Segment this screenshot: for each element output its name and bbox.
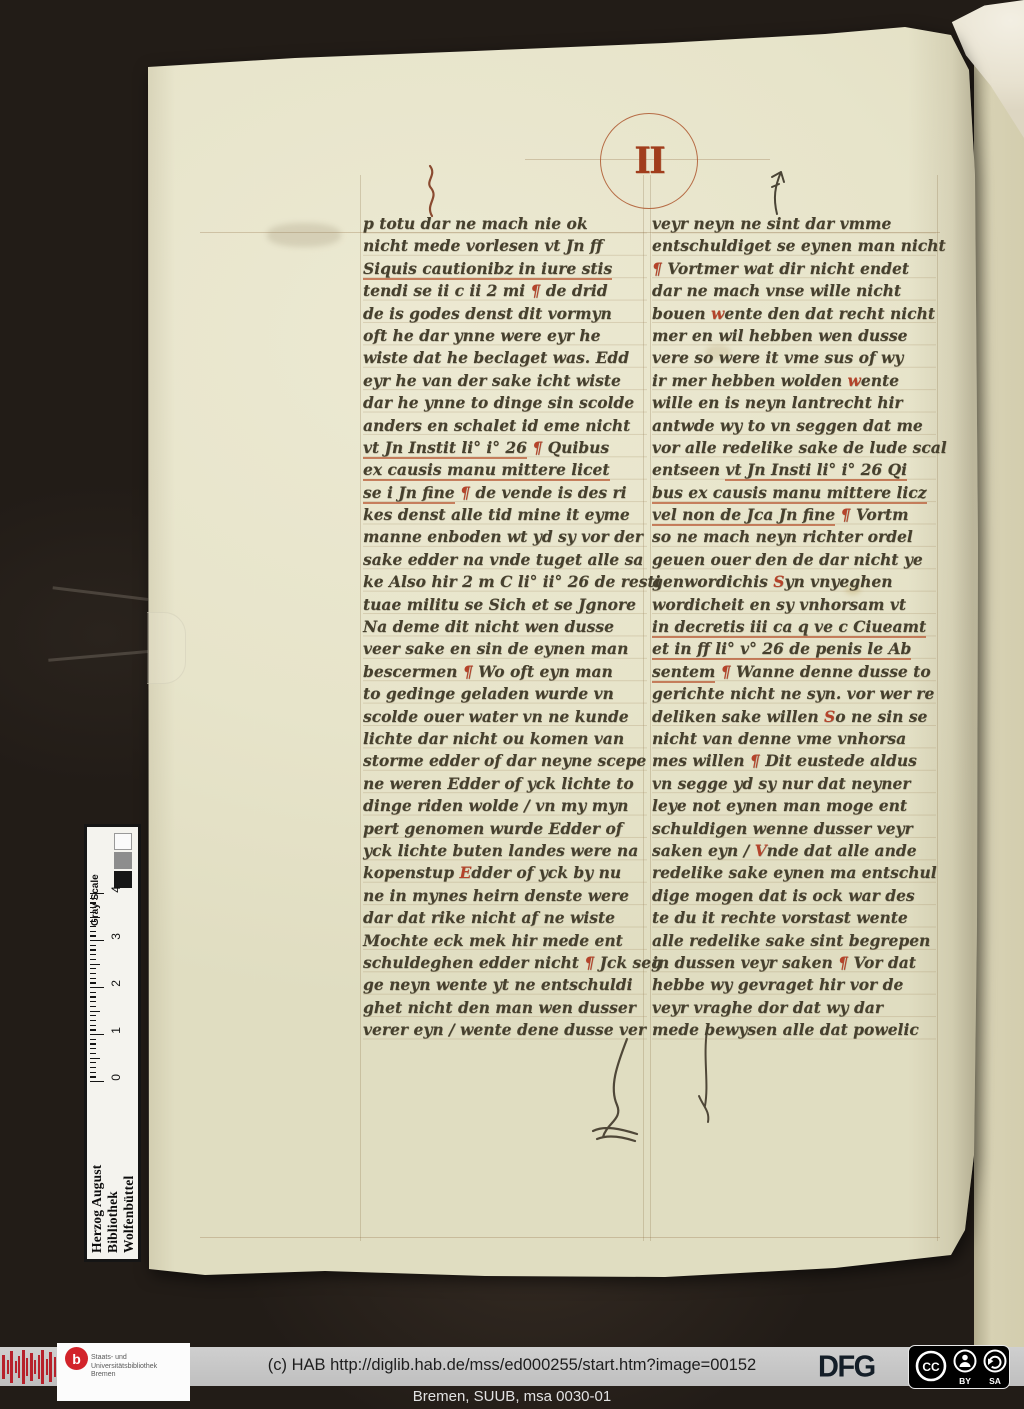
manuscript-line: nicht van denne vme vnhorsa bbox=[652, 728, 936, 750]
manuscript-line: entschuldiget se eynen man nicht bbox=[652, 235, 936, 257]
ruler-tick bbox=[90, 992, 96, 993]
ruler-tick bbox=[90, 935, 96, 936]
manuscript-line: ne weren Edder of yck lichte to bbox=[363, 773, 647, 795]
ruling-line-vertical bbox=[650, 175, 651, 1241]
manuscript-line: dar dat rike nicht af ne wiste bbox=[363, 907, 647, 929]
sa-label: SA bbox=[989, 1376, 1001, 1386]
ruler-tick bbox=[90, 1081, 104, 1082]
ruler-number: 2 bbox=[109, 980, 123, 987]
manuscript-line: Siquis cautionibz in iure stis bbox=[363, 258, 647, 280]
manuscript-line: entseen vt Jn Insti li° i° 26 Qi bbox=[652, 459, 936, 481]
ruler-tick bbox=[90, 931, 96, 932]
manuscript-line: anders en schalet id eme nicht bbox=[363, 415, 647, 437]
manuscript-line: genwordichis Syn vnyeghen bbox=[652, 571, 936, 593]
manuscript-line: vt Jn Instit li° i° 26 ¶ Quibus bbox=[363, 437, 647, 459]
ruler-number: 3 bbox=[109, 933, 123, 940]
manuscript-line: pert genomen wurde Edder of bbox=[363, 818, 647, 840]
manuscript-line: vor alle redelike sake de lude scal bbox=[652, 437, 936, 459]
manuscript-line: hebbe wy gevraget hir vor de bbox=[652, 974, 936, 996]
ruler-tick bbox=[90, 1072, 96, 1073]
ruler-number: 0 bbox=[109, 1074, 123, 1081]
cc-by-sa-badge: CC BY SA bbox=[908, 1345, 1010, 1389]
manuscript-line: wille en is neyn lantrecht hir bbox=[652, 392, 936, 414]
manuscript-line: oft he dar ynne were eyr he bbox=[363, 325, 647, 347]
barcode-bar bbox=[54, 1357, 56, 1377]
manuscript-line: schuldeghen edder nicht ¶ Jck seg bbox=[363, 952, 647, 974]
pen-flourish-icon bbox=[693, 1028, 719, 1128]
ruler-tick bbox=[90, 902, 96, 903]
barcode-bar bbox=[30, 1353, 33, 1381]
manuscript-line: veyr vraghe dor dat wy dar bbox=[652, 997, 936, 1019]
manuscript-line: bescermen ¶ Wo oft eyn man bbox=[363, 661, 647, 683]
manuscript-line: schuldigen wenne dusser veyr bbox=[652, 818, 936, 840]
manuscript-line: storme edder of dar neyne scepe bbox=[363, 750, 647, 772]
barcode-bar bbox=[10, 1351, 13, 1383]
barcode-bar bbox=[18, 1356, 20, 1378]
ruler-tick bbox=[90, 1015, 96, 1016]
ruler-tick bbox=[90, 893, 104, 894]
manuscript-line: ke Also hir 2 m C li° ii° 26 de resti bbox=[363, 571, 647, 593]
manuscript-line: saken eyn / Vnde dat alle ande bbox=[652, 840, 936, 862]
ruler-tick bbox=[90, 917, 100, 918]
manuscript-line: verer eyn / wente dene dusse ver bbox=[363, 1019, 647, 1041]
manuscript-line: lichte dar nicht ou komen van bbox=[363, 728, 647, 750]
manuscript-line: antwde wy to vn seggen dat me bbox=[652, 415, 936, 437]
manuscript-line: ir mer hebben wolden wente bbox=[652, 370, 936, 392]
dfg-logo: DFG bbox=[818, 1347, 875, 1387]
ruler-tick bbox=[90, 996, 96, 997]
manuscript-line: p totu dar ne mach nie ok bbox=[363, 213, 647, 235]
manuscript-line: ex causis manu mittere licet bbox=[363, 459, 647, 481]
ruler-title-line2: Wolfenbüttel bbox=[121, 1103, 137, 1253]
manuscript-line: ge neyn wente yt ne entschuldi bbox=[363, 974, 647, 996]
ruler-tick bbox=[90, 959, 96, 960]
left-column: p totu dar ne mach nie oknicht mede vorl… bbox=[363, 213, 647, 1041]
manuscript-line: te du it rechte vorstast wente bbox=[652, 907, 936, 929]
manuscript-line: in decretis iii ca q ve c Ciueamt bbox=[652, 616, 936, 638]
ruler-tick bbox=[90, 907, 96, 908]
gray-scale-patch-gray bbox=[114, 852, 132, 869]
manuscript-line: wordicheit en sy vnhorsam vt bbox=[652, 594, 936, 616]
bremen-barcode-logo-icon bbox=[2, 1349, 56, 1385]
barcode-bar bbox=[49, 1352, 52, 1382]
ruler-tick bbox=[90, 982, 96, 983]
manuscript-line: scolde ouer water vn ne kunde bbox=[363, 706, 647, 728]
ruler-tick bbox=[90, 1067, 96, 1068]
ruler-tick bbox=[90, 1001, 96, 1002]
ruling-line-vertical bbox=[360, 175, 361, 1241]
ruler-tick bbox=[90, 1062, 96, 1063]
page-clamp bbox=[147, 612, 186, 684]
barcode-bar bbox=[2, 1355, 5, 1379]
attribution-person-icon bbox=[955, 1351, 976, 1372]
bremen-org-line: Universitätsbibliothek bbox=[91, 1363, 157, 1372]
ruler-tick bbox=[90, 1048, 96, 1049]
manuscript-line: eyr he van der sake icht wiste bbox=[363, 370, 647, 392]
ruler-tick bbox=[90, 1043, 96, 1044]
barcode-bar bbox=[7, 1360, 9, 1374]
ruler-tick bbox=[90, 1058, 100, 1059]
gray-scale-patch-white bbox=[114, 833, 132, 850]
manuscript-line: et in ff li° v° 26 de penis le Ab bbox=[652, 638, 936, 660]
manuscript-line: geuen ouer den de dar nicht ye bbox=[652, 549, 936, 571]
ruler-tick bbox=[90, 954, 96, 955]
ruler-tick bbox=[90, 945, 96, 946]
bremen-b-icon: b bbox=[65, 1347, 88, 1370]
ruler-tick bbox=[90, 940, 104, 941]
manuscript-line: dige mogen dat is ock war des bbox=[652, 885, 936, 907]
folio-number-circle: II bbox=[600, 113, 698, 209]
barcode-bar bbox=[34, 1360, 36, 1374]
ruler-tick bbox=[90, 973, 96, 974]
page-clamp-shadow bbox=[48, 650, 148, 662]
barcode-bar bbox=[15, 1361, 17, 1373]
ruler-title-line1: Herzog August Bibliothek bbox=[89, 1103, 121, 1253]
ruler-tick bbox=[90, 926, 96, 927]
manuscript-line: sake edder na vnde tuget alle sa bbox=[363, 549, 647, 571]
ruler-number: 1 bbox=[109, 1027, 123, 1034]
pen-flourish-icon bbox=[585, 1035, 645, 1147]
ruler-tick bbox=[90, 1020, 96, 1021]
manuscript-line: veer sake en sin de eynen man bbox=[363, 638, 647, 660]
ruling-line-vertical bbox=[937, 175, 938, 1241]
ruler-tick bbox=[90, 978, 96, 979]
manuscript-line: in dussen veyr saken ¶ Vor dat bbox=[652, 952, 936, 974]
manuscript-line: to gedinge geladen wurde vn bbox=[363, 683, 647, 705]
show-through-ghost bbox=[267, 223, 341, 247]
ruler-tick bbox=[90, 921, 96, 922]
manuscript-line: se i Jn fine ¶ de vende is des ri bbox=[363, 482, 647, 504]
ruler-scale: 43210 bbox=[90, 893, 136, 1093]
manuscript-line: nicht mede vorlesen vt Jn ff bbox=[363, 235, 647, 257]
ruler-tick bbox=[90, 1006, 96, 1007]
manuscript-line: yck lichte buten landes were na bbox=[363, 840, 647, 862]
manuscript-line: bouen wente den dat recht nicht bbox=[652, 303, 936, 325]
manuscript-line: Mochte eck mek hir mede ent bbox=[363, 930, 647, 952]
manuscript-line: mes willen ¶ Dit eustede aldus bbox=[652, 750, 936, 772]
manuscript-line: ne in mynes heirn denste were bbox=[363, 885, 647, 907]
manuscript-line: veyr neyn ne sint dar vmme bbox=[652, 213, 936, 235]
ruler-tick bbox=[90, 1053, 96, 1054]
manuscript-line: wiste dat he beclaget was. Edd bbox=[363, 347, 647, 369]
ruler-number: 4 bbox=[109, 886, 123, 893]
ruler-tick bbox=[90, 1034, 104, 1035]
barcode-bar bbox=[22, 1350, 25, 1384]
barcode-bar bbox=[26, 1358, 28, 1376]
ruler-tick bbox=[90, 898, 96, 899]
ruling-line-horizontal bbox=[200, 1237, 940, 1238]
ruler-title: Herzog August Bibliothek Wolfenbüttel bbox=[89, 1103, 136, 1253]
manuscript-line: kopenstup Edder of yck by nu bbox=[363, 862, 647, 884]
manuscript-line: vn segge yd sy nur dat neyner bbox=[652, 773, 936, 795]
manuscript-line: dar he ynne to dinge sin scolde bbox=[363, 392, 647, 414]
manuscript-line: so ne mach neyn richter ordel bbox=[652, 526, 936, 548]
ruler-tick bbox=[90, 987, 104, 988]
manuscript-line: de is godes denst dit vormyn bbox=[363, 303, 647, 325]
manuscript-line: sentem ¶ Wanne denne dusse to bbox=[652, 661, 936, 683]
manuscript-line: manne enboden wt yd sy vor der bbox=[363, 526, 647, 548]
page-clamp-shadow bbox=[53, 586, 149, 601]
manuscript-line: alle redelike sake sint begrepen bbox=[652, 930, 936, 952]
ruler-tick bbox=[90, 912, 96, 913]
ruler-tick bbox=[90, 1076, 96, 1077]
bremen-org-line: Bremen bbox=[91, 1371, 157, 1380]
manuscript-line: kes denst alle tid mine it eyme bbox=[363, 504, 647, 526]
digitized-manuscript-scan: { "colors": { "background": "#221c17", "… bbox=[0, 0, 1024, 1409]
ruler-tick bbox=[90, 1025, 96, 1026]
barcode-bar bbox=[46, 1359, 48, 1375]
manuscript-line: bus ex causis manu mittere licz bbox=[652, 482, 936, 504]
ruler-tick bbox=[90, 1039, 96, 1040]
manuscript-line: leye not eynen man moge ent bbox=[652, 795, 936, 817]
bremen-org-line: Staats- und bbox=[91, 1354, 157, 1363]
manuscript-line: dinge riden wolde / vn my myn bbox=[363, 795, 647, 817]
manuscript-line: tuae militu se Sich et se Jgnore bbox=[363, 594, 647, 616]
manuscript-line: deliken sake willen So ne sin se bbox=[652, 706, 936, 728]
color-calibration-strip: Gray Scale 43210 Herzog August Bibliothe… bbox=[84, 824, 141, 1262]
by-label: BY bbox=[959, 1376, 971, 1386]
manuscript-line: mede bewysen alle dat powelic bbox=[652, 1019, 936, 1041]
bremen-org-name: Staats- und Universitätsbibliothek Breme… bbox=[91, 1354, 157, 1380]
ruler-tick bbox=[90, 968, 96, 969]
pen-flourish-icon bbox=[757, 158, 791, 216]
manuscript-line: vel non de Jca Jn fine ¶ Vortm bbox=[652, 504, 936, 526]
ruler-tick bbox=[90, 949, 96, 950]
cc-by-sa-icons: CC BY SA bbox=[909, 1346, 1008, 1387]
ruler-tick bbox=[90, 1011, 100, 1012]
manuscript-line: mer en wil hebben wen dusse bbox=[652, 325, 936, 347]
manuscript-line: ¶ Vortmer wat dir nicht endet bbox=[652, 258, 936, 280]
bremen-library-logo: b Staats- und Universitätsbibliothek Bre… bbox=[57, 1343, 190, 1401]
manuscript-line: gerichte nicht ne syn. vor wer re bbox=[652, 683, 936, 705]
bremen-b-letter: b bbox=[72, 1351, 81, 1367]
manuscript-page: II p totu dar ne mach nie oknicht mede v… bbox=[145, 25, 978, 1281]
barcode-bar bbox=[41, 1350, 44, 1384]
manuscript-line: dar ne mach vnse wille nicht bbox=[652, 280, 936, 302]
folio-numeral: II bbox=[634, 140, 664, 182]
ruler-tick bbox=[90, 1029, 96, 1030]
manuscript-line: ghet nicht den man wen dusser bbox=[363, 997, 647, 1019]
manuscript-line: redelike sake eynen ma entschul bbox=[652, 862, 936, 884]
manuscript-line: Na deme dit nicht wen dusse bbox=[363, 616, 647, 638]
pen-flourish-icon bbox=[417, 163, 447, 219]
ruler-tick bbox=[90, 964, 100, 965]
facing-page-edge bbox=[974, 22, 1024, 1347]
svg-text:CC: CC bbox=[922, 1360, 940, 1374]
right-column: veyr neyn ne sint dar vmmeentschuldiget … bbox=[652, 213, 936, 1041]
manuscript-line: vere so were it vme sus of wy bbox=[652, 347, 936, 369]
barcode-bar bbox=[38, 1355, 40, 1379]
manuscript-line: tendi se ii c ii 2 mi ¶ de drid bbox=[363, 280, 647, 302]
